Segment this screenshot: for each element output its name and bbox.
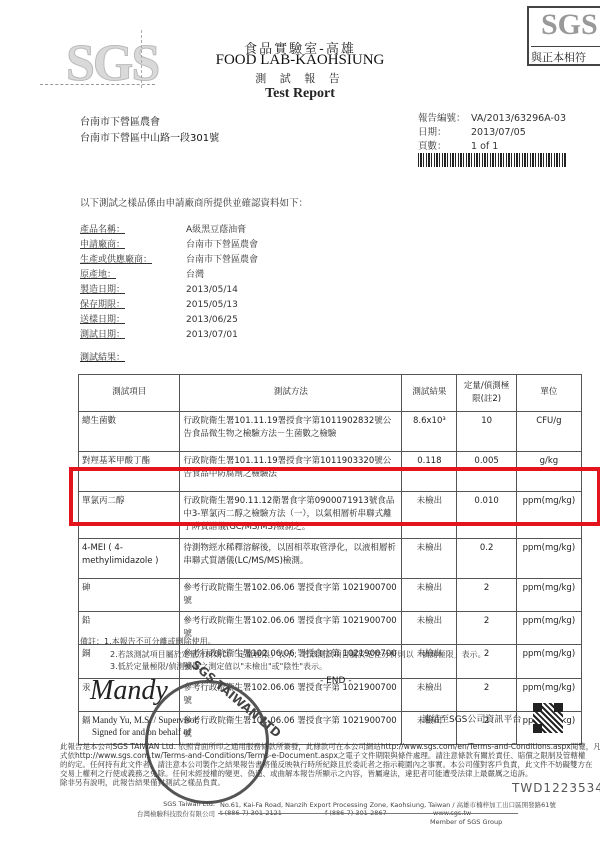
note-1: 備註：1.本報告不可分離或刪除使用。 bbox=[80, 636, 216, 647]
cell-unit: ppm(mg/kg) bbox=[516, 578, 581, 611]
results-label: 測試結果： bbox=[80, 350, 125, 363]
client-address: 台南市下營區中山路一段301號 bbox=[80, 129, 219, 144]
footer-company-en: SGS Taiwan Ltd. bbox=[145, 800, 215, 808]
logo-divider-vertical bbox=[141, 30, 143, 88]
col-header-item: 測試項目 bbox=[79, 375, 180, 412]
cell-result: 未檢出 bbox=[402, 678, 457, 711]
report-title-en: Test Report bbox=[200, 86, 400, 102]
cell-result: 未檢出 bbox=[402, 578, 457, 611]
col-header-result: 測試結果 bbox=[402, 375, 457, 412]
footer-address: No.61, Kai-Fa Road, Nanzih Export Proces… bbox=[220, 800, 556, 809]
note-3: 3.低於定量極限/偵測極限之測定值以"未檢出"或"陰性"表示。 bbox=[110, 661, 327, 672]
stamp-text: 與正本相符 bbox=[531, 46, 600, 65]
footer-member: Member of SGS Group bbox=[430, 818, 502, 826]
col-header-unit: 單位 bbox=[516, 375, 581, 412]
qr-link-text[interactable]: 連結至SGS公司資訊平台 bbox=[422, 712, 521, 725]
cell-method: 行政院衛生署101.11.19署授食字第1011902832號公告食品微生物之檢… bbox=[180, 412, 402, 452]
sample-info-row: 申請廠商：台南市下營區農會 bbox=[80, 237, 258, 250]
table-row: 總生菌數行政院衛生署101.11.19署授食字第1011902832號公告食品微… bbox=[79, 412, 582, 452]
cell-result: 未檢出 bbox=[402, 538, 457, 578]
cell-method: 待測物經水稀釋溶解後，以固相萃取管淨化，以液相層析串聯式質譜儀(LC/MS/MS… bbox=[180, 538, 402, 578]
table-row: 砷參考行政院衛生署102.06.06 署授食字第 1021900700號未檢出2… bbox=[79, 578, 582, 611]
qr-code[interactable] bbox=[533, 703, 563, 733]
cell-unit: ppm(mg/kg) bbox=[516, 645, 581, 678]
cell-limit: 10 bbox=[457, 412, 516, 452]
table-row: 4-MEI ( 4-methylimidazole )待測物經水稀釋溶解後，以固… bbox=[79, 538, 582, 578]
highlight-box bbox=[69, 467, 600, 526]
report-number: 報告編號：VA/2013/63296A-03 bbox=[418, 110, 566, 124]
sample-info-row: 生產或供應廠商：台南市下營區農會 bbox=[80, 252, 258, 265]
sample-info-row: 原產地：台灣 bbox=[80, 267, 204, 280]
disclaimer-line: 除非另有說明，此報告結果僅對測試之樣品負責。 bbox=[60, 777, 225, 788]
logo-divider bbox=[40, 84, 155, 86]
cell-item: 砷 bbox=[79, 578, 180, 611]
intro-text: 以下測試之樣品係由申請廠商所提供並確認資料如下： bbox=[80, 195, 308, 209]
signer-on-behalf: Signed for and on behalf of bbox=[92, 727, 197, 739]
cell-unit: CFU/g bbox=[516, 412, 581, 452]
cell-result: 未檢出 bbox=[402, 611, 457, 644]
sample-info-row: 測試日期：2013/07/01 bbox=[80, 327, 238, 340]
sample-info-row: 產品名稱：A級黑豆蔭油膏 bbox=[80, 222, 246, 235]
end-marker: - END - bbox=[320, 676, 352, 686]
report-title-zh: 測 試 報 告 bbox=[200, 70, 400, 86]
lab-name-en: FOOD LAB-KAOHSIUNG bbox=[200, 52, 400, 69]
page-count: 頁數：1 of 1 bbox=[418, 138, 498, 152]
col-header-method: 測試方法 bbox=[180, 375, 402, 412]
certified-copy-stamp: SGS 與正本相符 bbox=[527, 6, 600, 66]
signer-info: Mandy Yu, M.S. / Supervisor Signed for a… bbox=[92, 715, 197, 738]
cell-method: 參考行政院衛生署102.06.06 署授食字第 1021900700號 bbox=[180, 578, 402, 611]
cell-result: 8.6x10³ bbox=[402, 412, 457, 452]
cell-limit: 0.2 bbox=[457, 538, 516, 578]
barcode bbox=[418, 153, 566, 167]
col-header-limit: 定量/偵測極限(註2) bbox=[457, 375, 516, 412]
table-header-row: 測試項目 測試方法 測試結果 定量/偵測極限(註2) 單位 bbox=[79, 375, 582, 412]
cell-limit: 2 bbox=[457, 611, 516, 644]
cell-unit: ppm(mg/kg) bbox=[516, 538, 581, 578]
signature: Mandy bbox=[90, 675, 168, 707]
cell-unit: ppm(mg/kg) bbox=[516, 611, 581, 644]
document-number: TWD1223534 bbox=[512, 781, 600, 795]
report-date: 日期：2013/07/05 bbox=[418, 124, 526, 138]
signer-name: Mandy Yu, M.S. / Supervisor bbox=[92, 715, 197, 727]
footer-company-zh: 台灣檢驗科技股份有限公司 bbox=[105, 809, 215, 818]
cell-limit: 2 bbox=[457, 678, 516, 711]
client-name: 台南市下營區農會 bbox=[80, 113, 160, 128]
cell-limit: 2 bbox=[457, 578, 516, 611]
cell-item: 總生菌數 bbox=[79, 412, 180, 452]
sample-info-row: 送樣日期：2013/06/25 bbox=[80, 312, 238, 325]
note-2: 2.若該測試項目屬於定量分析則以「定量極限」表示；若該測試項目屬於定性分析則以「… bbox=[110, 649, 486, 660]
footer-divider bbox=[218, 813, 518, 814]
stamp-logo: SGS bbox=[541, 8, 598, 42]
sample-info-row: 製造日期：2013/05/14 bbox=[80, 282, 238, 295]
cell-item: 4-MEI ( 4-methylimidazole ) bbox=[79, 538, 180, 578]
sample-info-row: 保存期限：2015/05/13 bbox=[80, 297, 238, 310]
